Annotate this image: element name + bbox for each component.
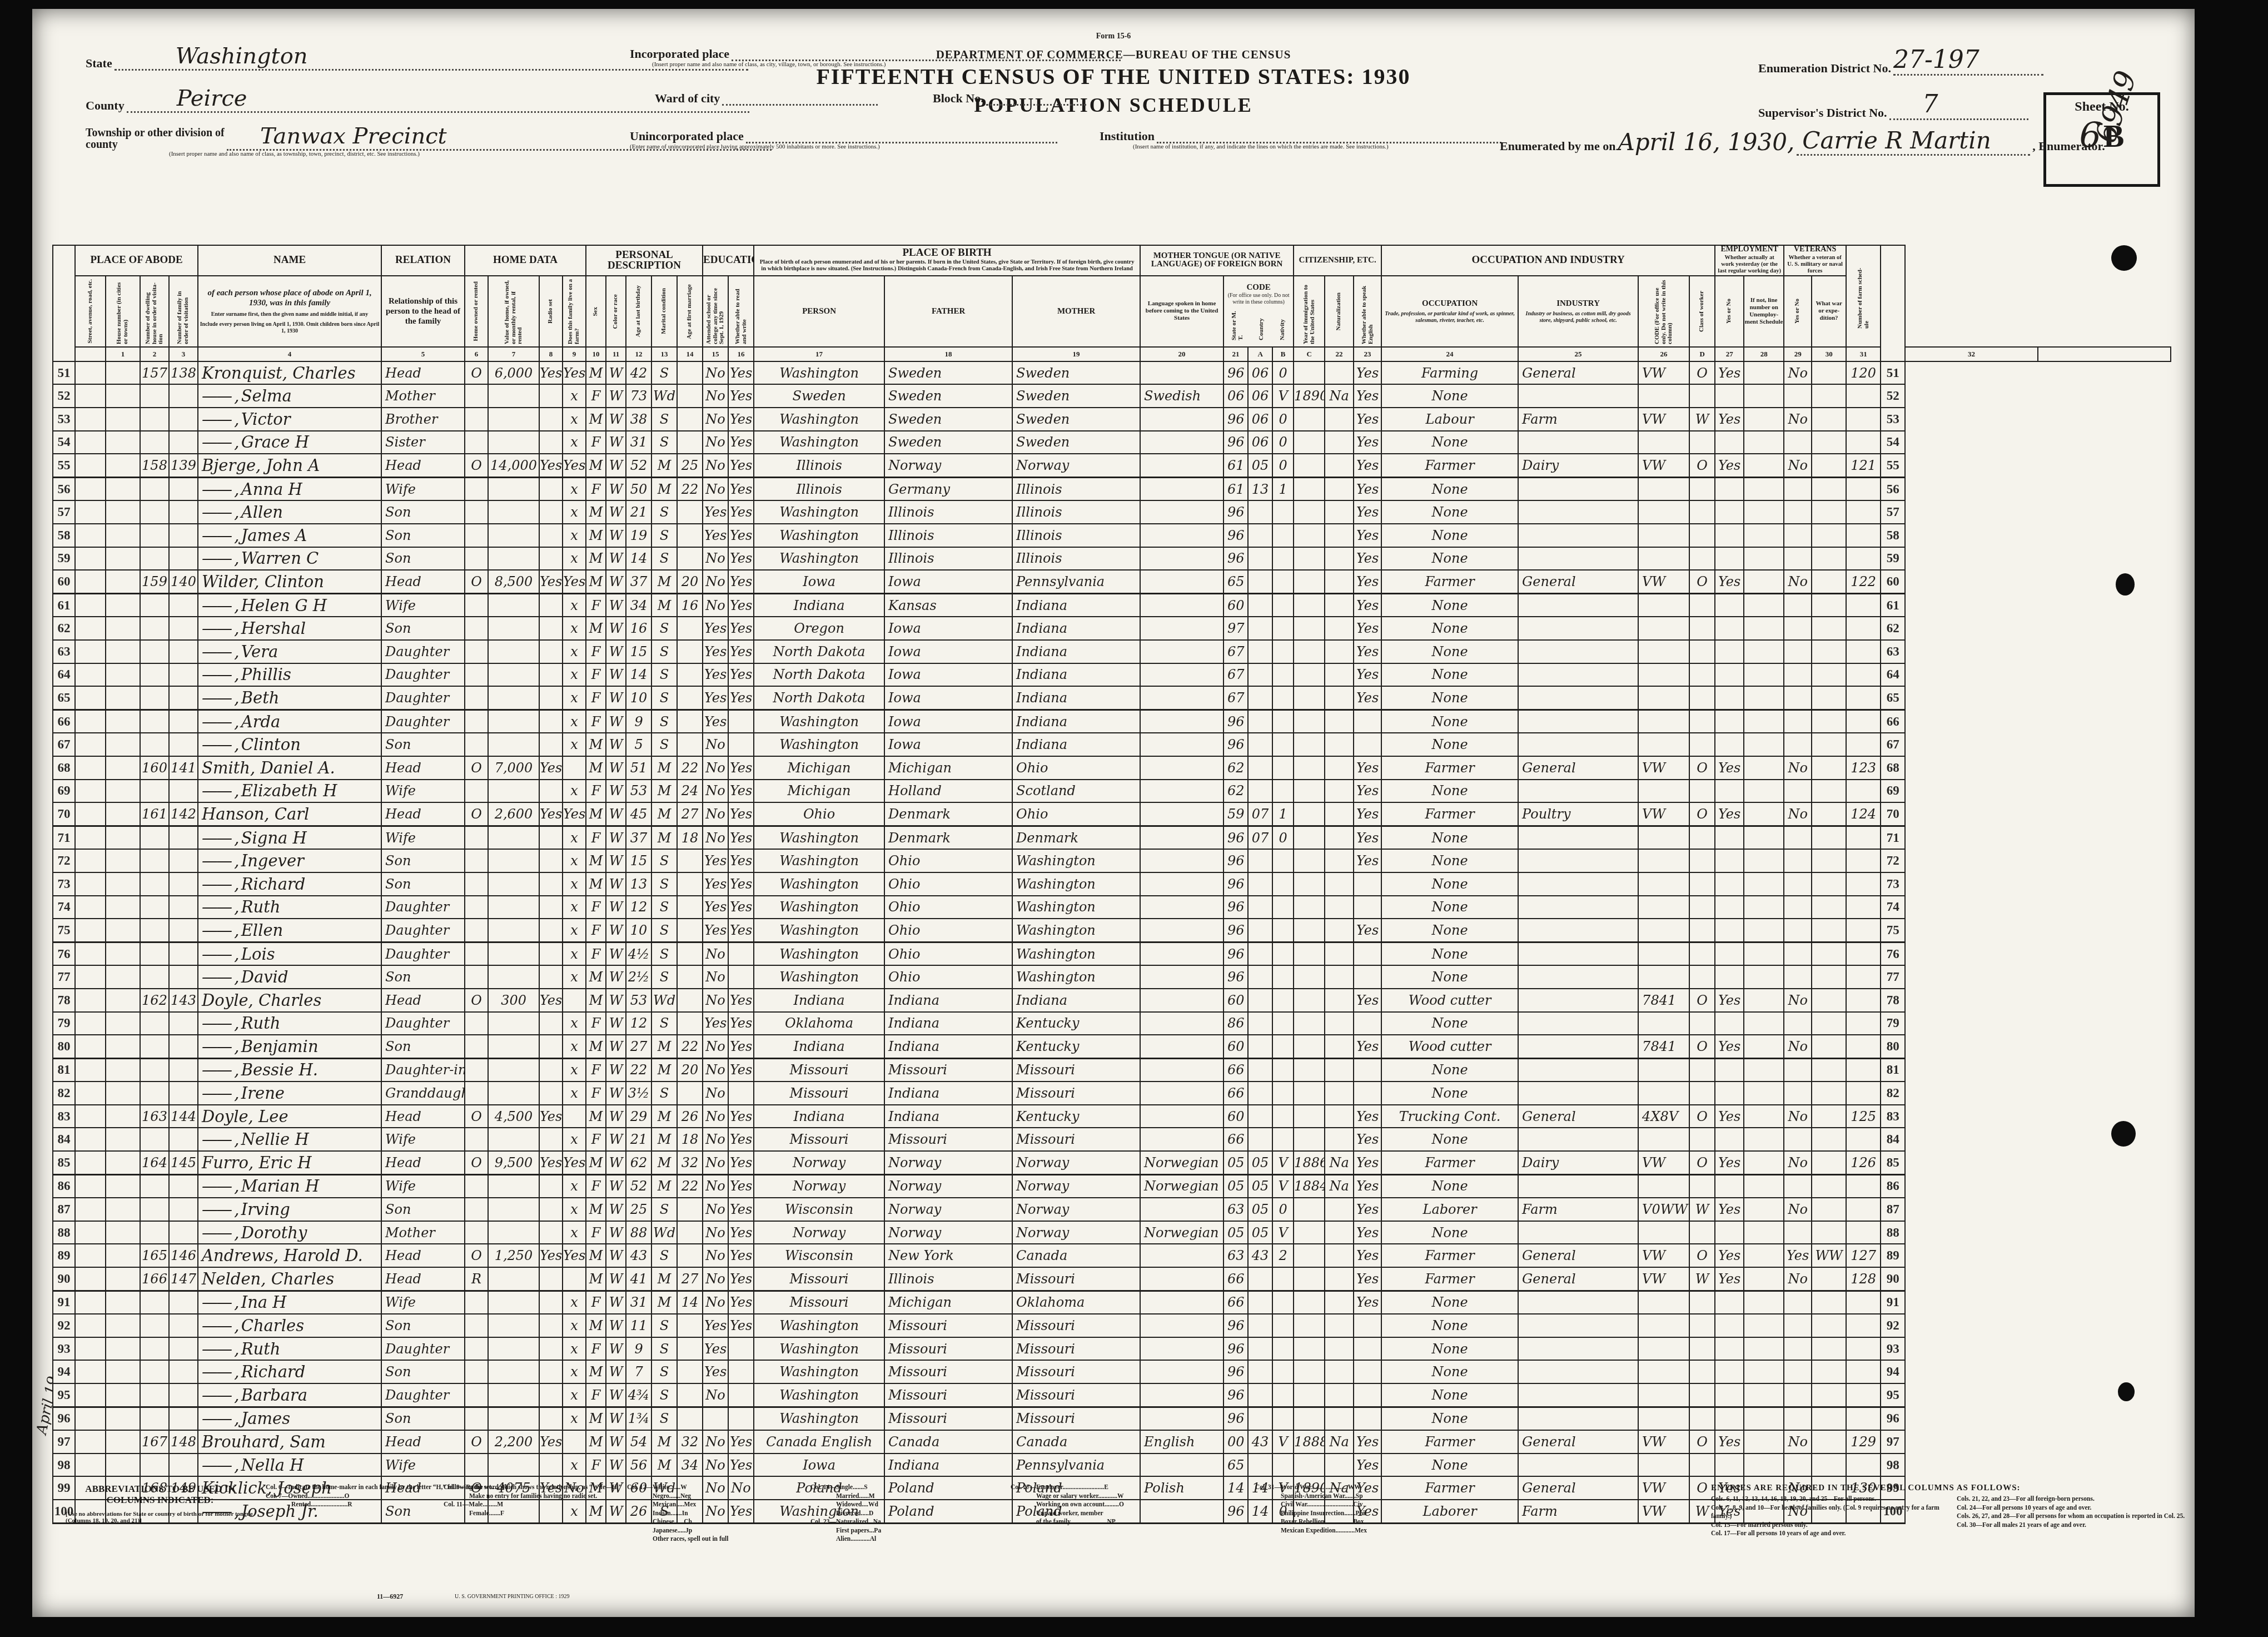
cell-unemployment-line (1744, 1058, 1784, 1082)
cell-age: 12 (626, 1012, 651, 1035)
cell-veteran (1784, 872, 1812, 896)
cell-name: Vera (198, 640, 381, 663)
group-citizenship: CITIZENSHIP, ETC. (1294, 245, 1381, 276)
cell-worker-class (1689, 640, 1715, 663)
cell-occ-code (1638, 1383, 1689, 1407)
cell-at-work: Yes (1715, 1244, 1744, 1267)
cell-immigration-year (1294, 849, 1325, 872)
cell-home-value (488, 686, 539, 710)
cell-house-number (106, 1291, 140, 1314)
cell-code-a: 05 (1223, 1221, 1248, 1244)
cell-radio: Yes (539, 1151, 563, 1174)
cell-read-write: Yes (728, 1221, 754, 1244)
cell-radio (539, 640, 563, 663)
cell-unemployment-line (1744, 617, 1784, 640)
cell-veteran (1784, 640, 1812, 663)
cell-occ-code (1638, 1012, 1689, 1035)
cell-owned: O (465, 1151, 488, 1174)
cell-farm: x (563, 1454, 586, 1477)
cell-school: Yes (703, 663, 728, 687)
cell-marital: M (651, 1291, 677, 1314)
ink-dot (2116, 573, 2135, 596)
cell-war (1812, 780, 1846, 803)
cell-naturalization: Na (1325, 1151, 1354, 1174)
cell-speaks-english: Yes (1354, 1244, 1381, 1267)
cell-naturalization (1325, 1454, 1354, 1477)
cell-occupation: None (1381, 500, 1518, 524)
cell-speaks-english (1354, 1082, 1381, 1105)
line-number-left: 72 (53, 849, 75, 872)
cell-occupation: None (1381, 710, 1518, 733)
cell-mother-birthplace: Illinois (1012, 524, 1140, 547)
column-header: Whether able to speak English (1354, 276, 1381, 347)
cell-mother-birthplace: Denmark (1012, 826, 1140, 849)
cell-mother-birthplace: Indiana (1012, 710, 1140, 733)
cell-code-c: 0 (1272, 361, 1294, 385)
cell-father-birthplace: Kansas (884, 593, 1012, 617)
cell-race: W (606, 1105, 626, 1128)
cell-home-value (488, 733, 539, 756)
cell-language (1140, 733, 1223, 756)
footnote-line: Col. 31—World War.......................… (1255, 1484, 1367, 1492)
cell-farm (563, 1430, 586, 1454)
cell-language (1140, 1291, 1223, 1314)
cell-birthplace: Indiana (754, 593, 884, 617)
cell-at-work: Yes (1715, 1035, 1744, 1058)
cell-mother-birthplace: Ohio (1012, 756, 1140, 780)
cell-farm: x (563, 1407, 586, 1430)
cell-radio (539, 1337, 563, 1361)
cell-house-number (106, 1267, 140, 1291)
line-number-right: 98 (1881, 1454, 1905, 1477)
cell-dwelling-number (140, 686, 169, 710)
line-number-left: 76 (53, 942, 75, 965)
cell-dwelling-number (140, 1174, 169, 1198)
line-number-right: 89 (1881, 1244, 1905, 1267)
cell-read-write: Yes (728, 1105, 754, 1128)
cell-sex: F (586, 640, 606, 663)
cell-worker-class: O (1689, 1105, 1715, 1128)
cell-occupation: None (1381, 1058, 1518, 1082)
cell-owned (465, 1407, 488, 1430)
cell-at-work (1715, 826, 1744, 849)
cell-naturalization: Na (1325, 384, 1354, 408)
cell-street (75, 1105, 106, 1128)
cell-marital: S (651, 733, 677, 756)
cell-owned (465, 1128, 488, 1151)
cell-owned (465, 1198, 488, 1221)
cell-speaks-english: Yes (1354, 431, 1381, 454)
cell-worker-class: O (1689, 1035, 1715, 1058)
cell-owned (465, 640, 488, 663)
cell-relation: Head (381, 454, 465, 477)
census-row: 63VeraDaughterxFW15SYesYesNorth DakotaIo… (53, 640, 2171, 663)
enumeration-date: April 16, 1930, (1618, 128, 1794, 156)
census-row: 82IreneGranddaughterxFW3½SNoMissouriIndi… (53, 1082, 2171, 1105)
cell-mother-birthplace: Indiana (1012, 686, 1140, 710)
cell-owned (465, 686, 488, 710)
cell-school: No (703, 780, 728, 803)
cell-immigration-year (1294, 640, 1325, 663)
cell-immigration-year (1294, 1128, 1325, 1151)
cell-relation: Son (381, 500, 465, 524)
cell-immigration-year (1294, 686, 1325, 710)
cell-code-b (1248, 942, 1272, 965)
cell-marital: S (651, 617, 677, 640)
column-number: 32 (1905, 347, 2038, 361)
cell-home-value: 9,500 (488, 1151, 539, 1174)
cell-worker-class (1689, 1221, 1715, 1244)
cell-marital: M (651, 1105, 677, 1128)
cell-code-c (1272, 872, 1294, 896)
cell-occ-code (1638, 919, 1689, 942)
cell-farm: x (563, 640, 586, 663)
cell-occ-code (1638, 384, 1689, 408)
ward-field: Ward of city (655, 91, 878, 106)
cell-owned (465, 942, 488, 965)
cell-code-b (1248, 919, 1272, 942)
line-number-right: 66 (1881, 710, 1905, 733)
footnote-line: Female.......F (444, 1510, 597, 1519)
census-row: 55158139Bjerge, John AHeadO14,000YesYesM… (53, 454, 2171, 477)
cell-radio (539, 710, 563, 733)
cell-occ-code (1638, 872, 1689, 896)
cell-radio (539, 547, 563, 571)
line-number-right: 73 (1881, 872, 1905, 896)
cell-mother-birthplace: Ohio (1012, 802, 1140, 826)
cell-house-number (106, 570, 140, 593)
cell-radio (539, 965, 563, 989)
cell-sex: M (586, 1430, 606, 1454)
line-number-right: 78 (1881, 989, 1905, 1012)
cell-unemployment-line (1744, 640, 1784, 663)
cell-industry (1518, 477, 1638, 500)
footnote-line: Boxer Rebellion..................Box (1255, 1518, 1367, 1527)
census-row: 69Elizabeth HWifexFW53M24NoYesMichiganHo… (53, 780, 2171, 803)
cell-dwelling-number (140, 477, 169, 500)
cell-home-value (488, 1454, 539, 1477)
cell-unemployment-line (1744, 1383, 1784, 1407)
cell-language (1140, 570, 1223, 593)
cell-speaks-english: Yes (1354, 500, 1381, 524)
cell-farm-schedule (1846, 1174, 1881, 1198)
cell-read-write: Yes (728, 500, 754, 524)
cell-code-a: 96 (1223, 965, 1248, 989)
cell-marital: S (651, 1360, 677, 1383)
cell-family-number (169, 919, 198, 942)
cell-name: Bessie H. (198, 1058, 381, 1082)
cell-unemployment-line (1744, 896, 1784, 919)
cell-age: 54 (626, 1430, 651, 1454)
cell-war (1812, 1128, 1846, 1151)
cell-school: No (703, 1082, 728, 1105)
cell-immigration-year: 1890 (1294, 384, 1325, 408)
cell-father-birthplace: Missouri (884, 1383, 1012, 1407)
cell-at-work (1715, 1012, 1744, 1035)
cell-father-birthplace: Holland (884, 780, 1012, 803)
cell-veteran: No (1784, 802, 1812, 826)
cell-home-value: 4,500 (488, 1105, 539, 1128)
cell-naturalization (1325, 1128, 1354, 1151)
cell-school: Yes (703, 849, 728, 872)
line-number-left: 79 (53, 1012, 75, 1035)
cell-home-value (488, 780, 539, 803)
cell-radio (539, 1360, 563, 1383)
cell-code-b (1248, 663, 1272, 687)
footnote-line: Spanish-American War.......Sp (1255, 1492, 1367, 1501)
footnote-line: Divorced.....D (810, 1510, 881, 1519)
cell-family-number: 140 (169, 570, 198, 593)
cell-speaks-english: Yes (1354, 780, 1381, 803)
cell-owned (465, 1035, 488, 1058)
cell-dwelling-number (140, 1360, 169, 1383)
cell-name: Richard (198, 872, 381, 896)
cell-read-write (728, 1360, 754, 1383)
cell-street (75, 361, 106, 385)
cell-street (75, 1128, 106, 1151)
cell-family-number (169, 1082, 198, 1105)
cell-race: W (606, 593, 626, 617)
cell-dwelling-number (140, 1383, 169, 1407)
cell-industry: General (1518, 361, 1638, 385)
cell-occupation: Farmer (1381, 756, 1518, 780)
cell-farm: x (563, 1058, 586, 1082)
cell-read-write: Yes (728, 686, 754, 710)
cell-radio: Yes (539, 361, 563, 385)
line-number-right: 81 (1881, 1058, 1905, 1082)
cell-age-married: 18 (677, 1128, 703, 1151)
line-number-right: 75 (1881, 919, 1905, 942)
cell-radio (539, 942, 563, 965)
cell-industry (1518, 1174, 1638, 1198)
cell-war (1812, 617, 1846, 640)
cell-farm-schedule (1846, 663, 1881, 687)
cell-family-number (169, 1058, 198, 1082)
cell-home-value: 1,250 (488, 1244, 539, 1267)
footnote-line: Philippine Insurrection.......Phil (1255, 1510, 1367, 1519)
enumeration-district-field: Enumeration District No. 27-197 (1758, 46, 2043, 76)
cell-occ-code (1638, 1314, 1689, 1337)
cell-relation: Head (381, 1105, 465, 1128)
cell-read-write: Yes (728, 593, 754, 617)
cell-school: No (703, 1430, 728, 1454)
cell-read-write (728, 965, 754, 989)
cell-code-a: 96 (1223, 710, 1248, 733)
cell-farm-schedule (1846, 1291, 1881, 1314)
cell-war (1812, 756, 1846, 780)
cell-industry: General (1518, 1267, 1638, 1291)
cell-age: 16 (626, 617, 651, 640)
cell-age: 88 (626, 1221, 651, 1244)
cell-name: James A (198, 524, 381, 547)
cell-dwelling-number (140, 780, 169, 803)
cell-race: W (606, 896, 626, 919)
column-header: House number (in cities or towns) (106, 276, 140, 347)
cell-code-c: 0 (1272, 826, 1294, 849)
cell-at-work (1715, 919, 1744, 942)
cell-marital: Wd (651, 989, 677, 1012)
cell-marital: S (651, 1012, 677, 1035)
cell-speaks-english: Yes (1354, 1174, 1381, 1198)
cell-father-birthplace: Indiana (884, 989, 1012, 1012)
group-education: EDUCATION (703, 245, 754, 276)
column-header: Whether able to read and write (728, 276, 754, 347)
cell-name: Richard (198, 1360, 381, 1383)
cell-father-birthplace: Sweden (884, 384, 1012, 408)
cell-farm: x (563, 896, 586, 919)
cell-father-birthplace: Iowa (884, 733, 1012, 756)
cell-age-married (677, 1383, 703, 1407)
cell-radio (539, 1314, 563, 1337)
cell-speaks-english (1354, 1383, 1381, 1407)
cell-code-b (1248, 1360, 1272, 1383)
cell-veteran (1784, 1383, 1812, 1407)
cell-age: 31 (626, 1291, 651, 1314)
cell-relation: Head (381, 989, 465, 1012)
cell-occ-code (1638, 1174, 1689, 1198)
cell-age-married (677, 524, 703, 547)
cell-race: W (606, 1221, 626, 1244)
cell-owned (465, 872, 488, 896)
cell-farm-schedule (1846, 965, 1881, 989)
cell-war (1812, 477, 1846, 500)
cell-relation: Daughter (381, 663, 465, 687)
cell-war (1812, 826, 1846, 849)
cell-age: 2½ (626, 965, 651, 989)
cell-home-value (488, 640, 539, 663)
cell-industry (1518, 1221, 1638, 1244)
cell-unemployment-line (1744, 1314, 1784, 1337)
census-row: 54Grace HSisterxFW31SNoYesWashingtonSwed… (53, 431, 2171, 454)
line-number-right: 76 (1881, 942, 1905, 965)
cell-speaks-english (1354, 896, 1381, 919)
line-number-left: 75 (53, 919, 75, 942)
cell-school: No (703, 1198, 728, 1221)
cell-industry (1518, 989, 1638, 1012)
cell-dwelling-number: 161 (140, 802, 169, 826)
cell-age-married (677, 384, 703, 408)
cell-occ-code (1638, 1058, 1689, 1082)
cell-family-number (169, 547, 198, 571)
cell-code-a: 62 (1223, 756, 1248, 780)
cell-farm-schedule (1846, 686, 1881, 710)
cell-name: Ellen (198, 919, 381, 942)
census-row: 58James ASonxMW19SYesYesWashingtonIllino… (53, 524, 2171, 547)
cell-at-work (1715, 1221, 1744, 1244)
cell-father-birthplace: Missouri (884, 1337, 1012, 1361)
census-row: 70161142Hanson, CarlHeadO2,600YesYesMW45… (53, 802, 2171, 826)
cell-family-number (169, 524, 198, 547)
cell-at-work (1715, 1383, 1744, 1407)
cell-industry (1518, 1360, 1638, 1383)
cell-code-a: 66 (1223, 1291, 1248, 1314)
cell-marital: S (651, 500, 677, 524)
cell-age-married: 18 (677, 826, 703, 849)
cell-read-write: Yes (728, 1174, 754, 1198)
cell-unemployment-line (1744, 733, 1784, 756)
cell-farm (563, 1105, 586, 1128)
cell-code-b: 06 (1248, 361, 1272, 385)
cell-marital: S (651, 547, 677, 571)
cell-school: No (703, 1267, 728, 1291)
cell-race: W (606, 686, 626, 710)
cell-street (75, 686, 106, 710)
cell-farm-schedule (1846, 500, 1881, 524)
column-number: 22 (1325, 347, 1354, 361)
cell-occupation: None (1381, 640, 1518, 663)
cell-name: Arda (198, 710, 381, 733)
cell-home-value (488, 524, 539, 547)
cell-veteran (1784, 663, 1812, 687)
cell-code-c (1272, 500, 1294, 524)
cell-home-value (488, 849, 539, 872)
cell-relation: Mother (381, 384, 465, 408)
cell-name: Ruth (198, 1337, 381, 1361)
cell-at-work: Yes (1715, 454, 1744, 477)
column-number: 27 (1715, 347, 1744, 361)
cell-farm: x (563, 1221, 586, 1244)
cell-occ-code: 4X8V (1638, 1105, 1689, 1128)
cell-owned (465, 896, 488, 919)
cell-at-work: Yes (1715, 570, 1744, 593)
cell-owned (465, 1337, 488, 1361)
census-row: 56Anna HWifexFW50M22NoYesIllinoisGermany… (53, 477, 2171, 500)
cell-home-value (488, 1267, 539, 1291)
cell-war (1812, 431, 1846, 454)
cell-code-a: 67 (1223, 663, 1248, 687)
cell-code-a: 65 (1223, 1454, 1248, 1477)
cell-home-value (488, 1035, 539, 1058)
cell-marital: S (651, 640, 677, 663)
cell-family-number (169, 500, 198, 524)
cell-school: No (703, 1035, 728, 1058)
cell-language: Norwegian (1140, 1174, 1223, 1198)
column-number: 7 (488, 347, 539, 361)
cell-farm-schedule (1846, 780, 1881, 803)
birth-mother-header: MOTHER (1012, 276, 1140, 347)
cell-language (1140, 710, 1223, 733)
cell-age-married: 27 (677, 1267, 703, 1291)
cell-relation: Wife (381, 593, 465, 617)
cell-worker-class (1689, 1128, 1715, 1151)
cell-war (1812, 1035, 1846, 1058)
cell-owned: O (465, 454, 488, 477)
cell-owned (465, 733, 488, 756)
cell-language: English (1140, 1430, 1223, 1454)
cell-marital: M (651, 454, 677, 477)
cell-naturalization (1325, 1035, 1354, 1058)
cell-school: Yes (703, 686, 728, 710)
cell-radio: Yes (539, 802, 563, 826)
cell-owned (465, 849, 488, 872)
cell-radio (539, 593, 563, 617)
cell-father-birthplace: Illinois (884, 500, 1012, 524)
cell-marital: S (651, 872, 677, 896)
ink-dot (2111, 1121, 2136, 1147)
cell-dwelling-number: 164 (140, 1151, 169, 1174)
cell-street (75, 896, 106, 919)
cell-code-b (1248, 1314, 1272, 1337)
line-number-right: 51 (1881, 361, 1905, 385)
cell-occupation: Farmer (1381, 570, 1518, 593)
cell-occ-code (1638, 1407, 1689, 1430)
incorporated-label: Incorporated place (630, 47, 729, 61)
cell-radio (539, 1291, 563, 1314)
cell-owned: R (465, 1267, 488, 1291)
cell-occ-code: VW (1638, 1267, 1689, 1291)
cell-unemployment-line (1744, 570, 1784, 593)
footnote-line: Working on own account.........O (1011, 1501, 1124, 1510)
